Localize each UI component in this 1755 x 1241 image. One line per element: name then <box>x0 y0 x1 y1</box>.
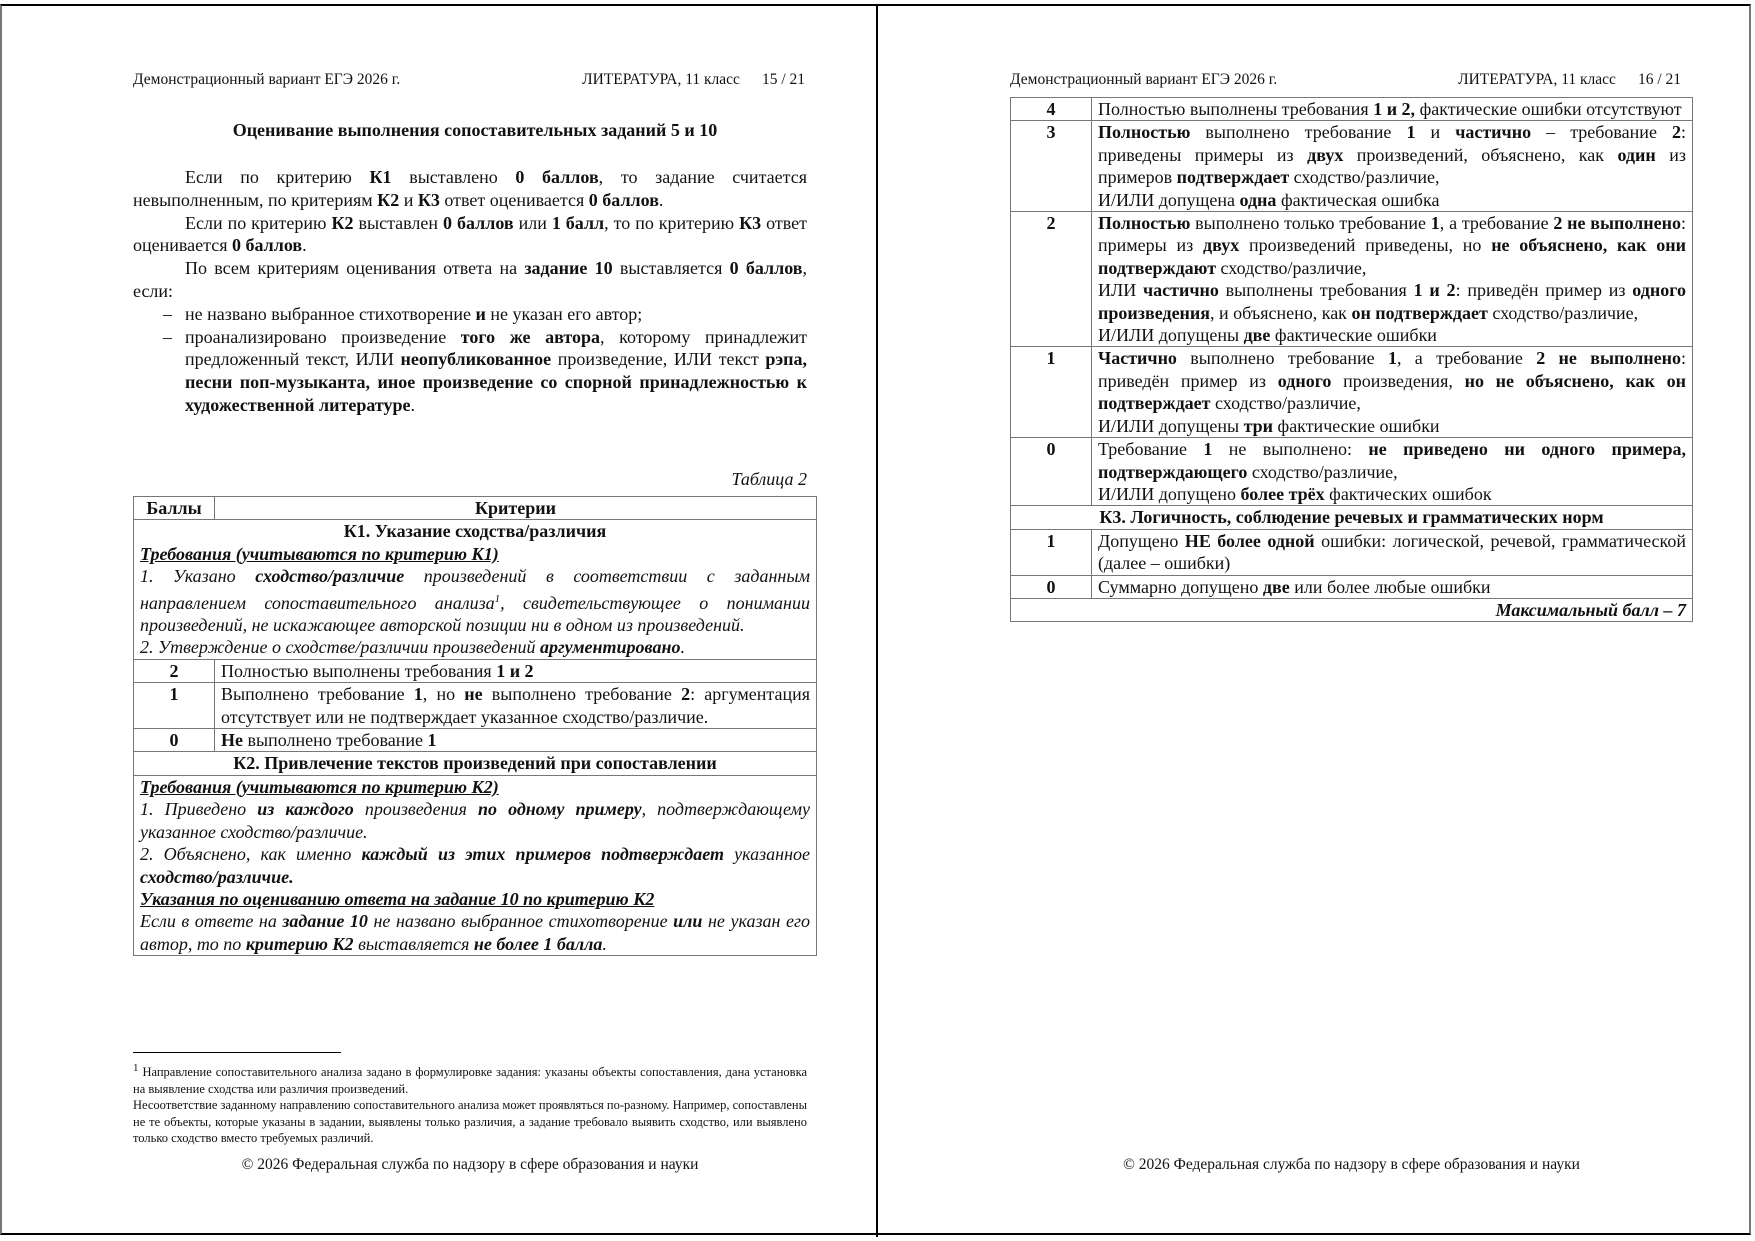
paragraph: Если по критерию К2 выставлен 0 баллов и… <box>133 212 807 258</box>
footnote-separator <box>133 1052 341 1053</box>
table-row: 2Полностью выполнено только требование 1… <box>1011 212 1693 347</box>
k2-note: Если в ответе на задание 10 не названо в… <box>140 910 810 955</box>
k2-note-title: Указания по оцениванию ответа на задание… <box>140 888 810 910</box>
page-divider <box>876 4 878 1237</box>
paragraph: По всем критериям оценивания ответа на з… <box>133 257 807 303</box>
criteria-table-continued: 4Полностью выполнены требования 1 и 2, ф… <box>1010 97 1693 622</box>
table-row: 0Требование 1 не выполнено: не приведено… <box>1011 438 1693 506</box>
list-item: не названо выбранное стихотворение и не … <box>133 303 807 326</box>
header-exam: Демонстрационный вариант ЕГЭ 2026 г. <box>133 71 400 89</box>
paragraph: Если по критерию К1 выставлено 0 баллов,… <box>133 166 807 212</box>
max-score: Максимальный балл – 7 <box>1011 598 1693 621</box>
table-row: 3Полностью выполнено требование 1 и част… <box>1011 121 1693 212</box>
page-header: Демонстрационный вариант ЕГЭ 2026 г. ЛИТ… <box>133 71 817 91</box>
requirement: 1. Указано сходство/различие произведени… <box>140 565 810 636</box>
k1-requirements: Требования (учитываются по критерию К1) … <box>140 543 810 659</box>
header-subject: ЛИТЕРАТУРА, 11 класс <box>1458 71 1616 88</box>
criterion-k2-title: К2. Привлечение текстов произведений при… <box>134 752 817 775</box>
requirements-title: Требования (учитываются по критерию К2) <box>140 776 810 798</box>
table-row: 1Частично выполнено требование 1, а треб… <box>1011 347 1693 438</box>
table-row: 1Допущено НЕ более одной ошибки: логичес… <box>1011 529 1693 575</box>
header-exam: Демонстрационный вариант ЕГЭ 2026 г. <box>1010 71 1277 89</box>
criteria-table: Баллы Критерии К1. Указание сходства/раз… <box>133 496 817 956</box>
table-row: 1Выполнено требование 1, но не выполнено… <box>134 683 817 729</box>
intro-text: Если по критерию К1 выставлено 0 баллов,… <box>133 166 807 417</box>
page-number: 15 / 21 <box>762 71 805 88</box>
col-header-criteria: Критерии <box>215 497 817 520</box>
page-16: Демонстрационный вариант ЕГЭ 2026 г. ЛИТ… <box>1010 0 1693 1241</box>
section-title: Оценивание выполнения сопоставительных з… <box>133 120 817 141</box>
copyright: © 2026 Федеральная служба по надзору в с… <box>133 1156 807 1174</box>
criterion-k3-title: К3. Логичность, соблюдение речевых и гра… <box>1011 506 1693 529</box>
requirement: 2. Объяснено, как именно каждый из этих … <box>140 843 810 888</box>
page-header: Демонстрационный вариант ЕГЭ 2026 г. ЛИТ… <box>1010 71 1693 91</box>
page-number: 16 / 21 <box>1638 71 1681 88</box>
conditions-list: не названо выбранное стихотворение и не … <box>133 303 807 417</box>
table-row: 0Не выполнено требование 1 <box>134 729 817 752</box>
page-15: Демонстрационный вариант ЕГЭ 2026 г. ЛИТ… <box>133 0 817 1241</box>
table-row: 4Полностью выполнены требования 1 и 2, ф… <box>1011 98 1693 121</box>
footnote: 1 Направление сопоставительного анализа … <box>133 1060 807 1147</box>
k2-requirements: Требования (учитываются по критерию К2) … <box>134 775 817 955</box>
col-header-score: Баллы <box>134 497 215 520</box>
requirement: 1. Приведено из каждого произведения по … <box>140 798 810 843</box>
requirements-title: Требования (учитываются по критерию К1) <box>140 543 810 565</box>
table-caption: Таблица 2 <box>731 469 807 490</box>
criterion-k1-title: К1. Указание сходства/различия <box>140 520 810 542</box>
table-header-row: Баллы Критерии <box>134 497 817 520</box>
header-subject: ЛИТЕРАТУРА, 11 класс <box>582 71 740 88</box>
copyright: © 2026 Федеральная служба по надзору в с… <box>1010 1156 1693 1174</box>
table-row: 0Суммарно допущено две или более любые о… <box>1011 575 1693 598</box>
list-item: проанализировано произведение того же ав… <box>133 326 807 417</box>
table-row: 2Полностью выполнены требования 1 и 2 <box>134 659 817 682</box>
requirement: 2. Утверждение о сходстве/различии произ… <box>140 636 810 658</box>
